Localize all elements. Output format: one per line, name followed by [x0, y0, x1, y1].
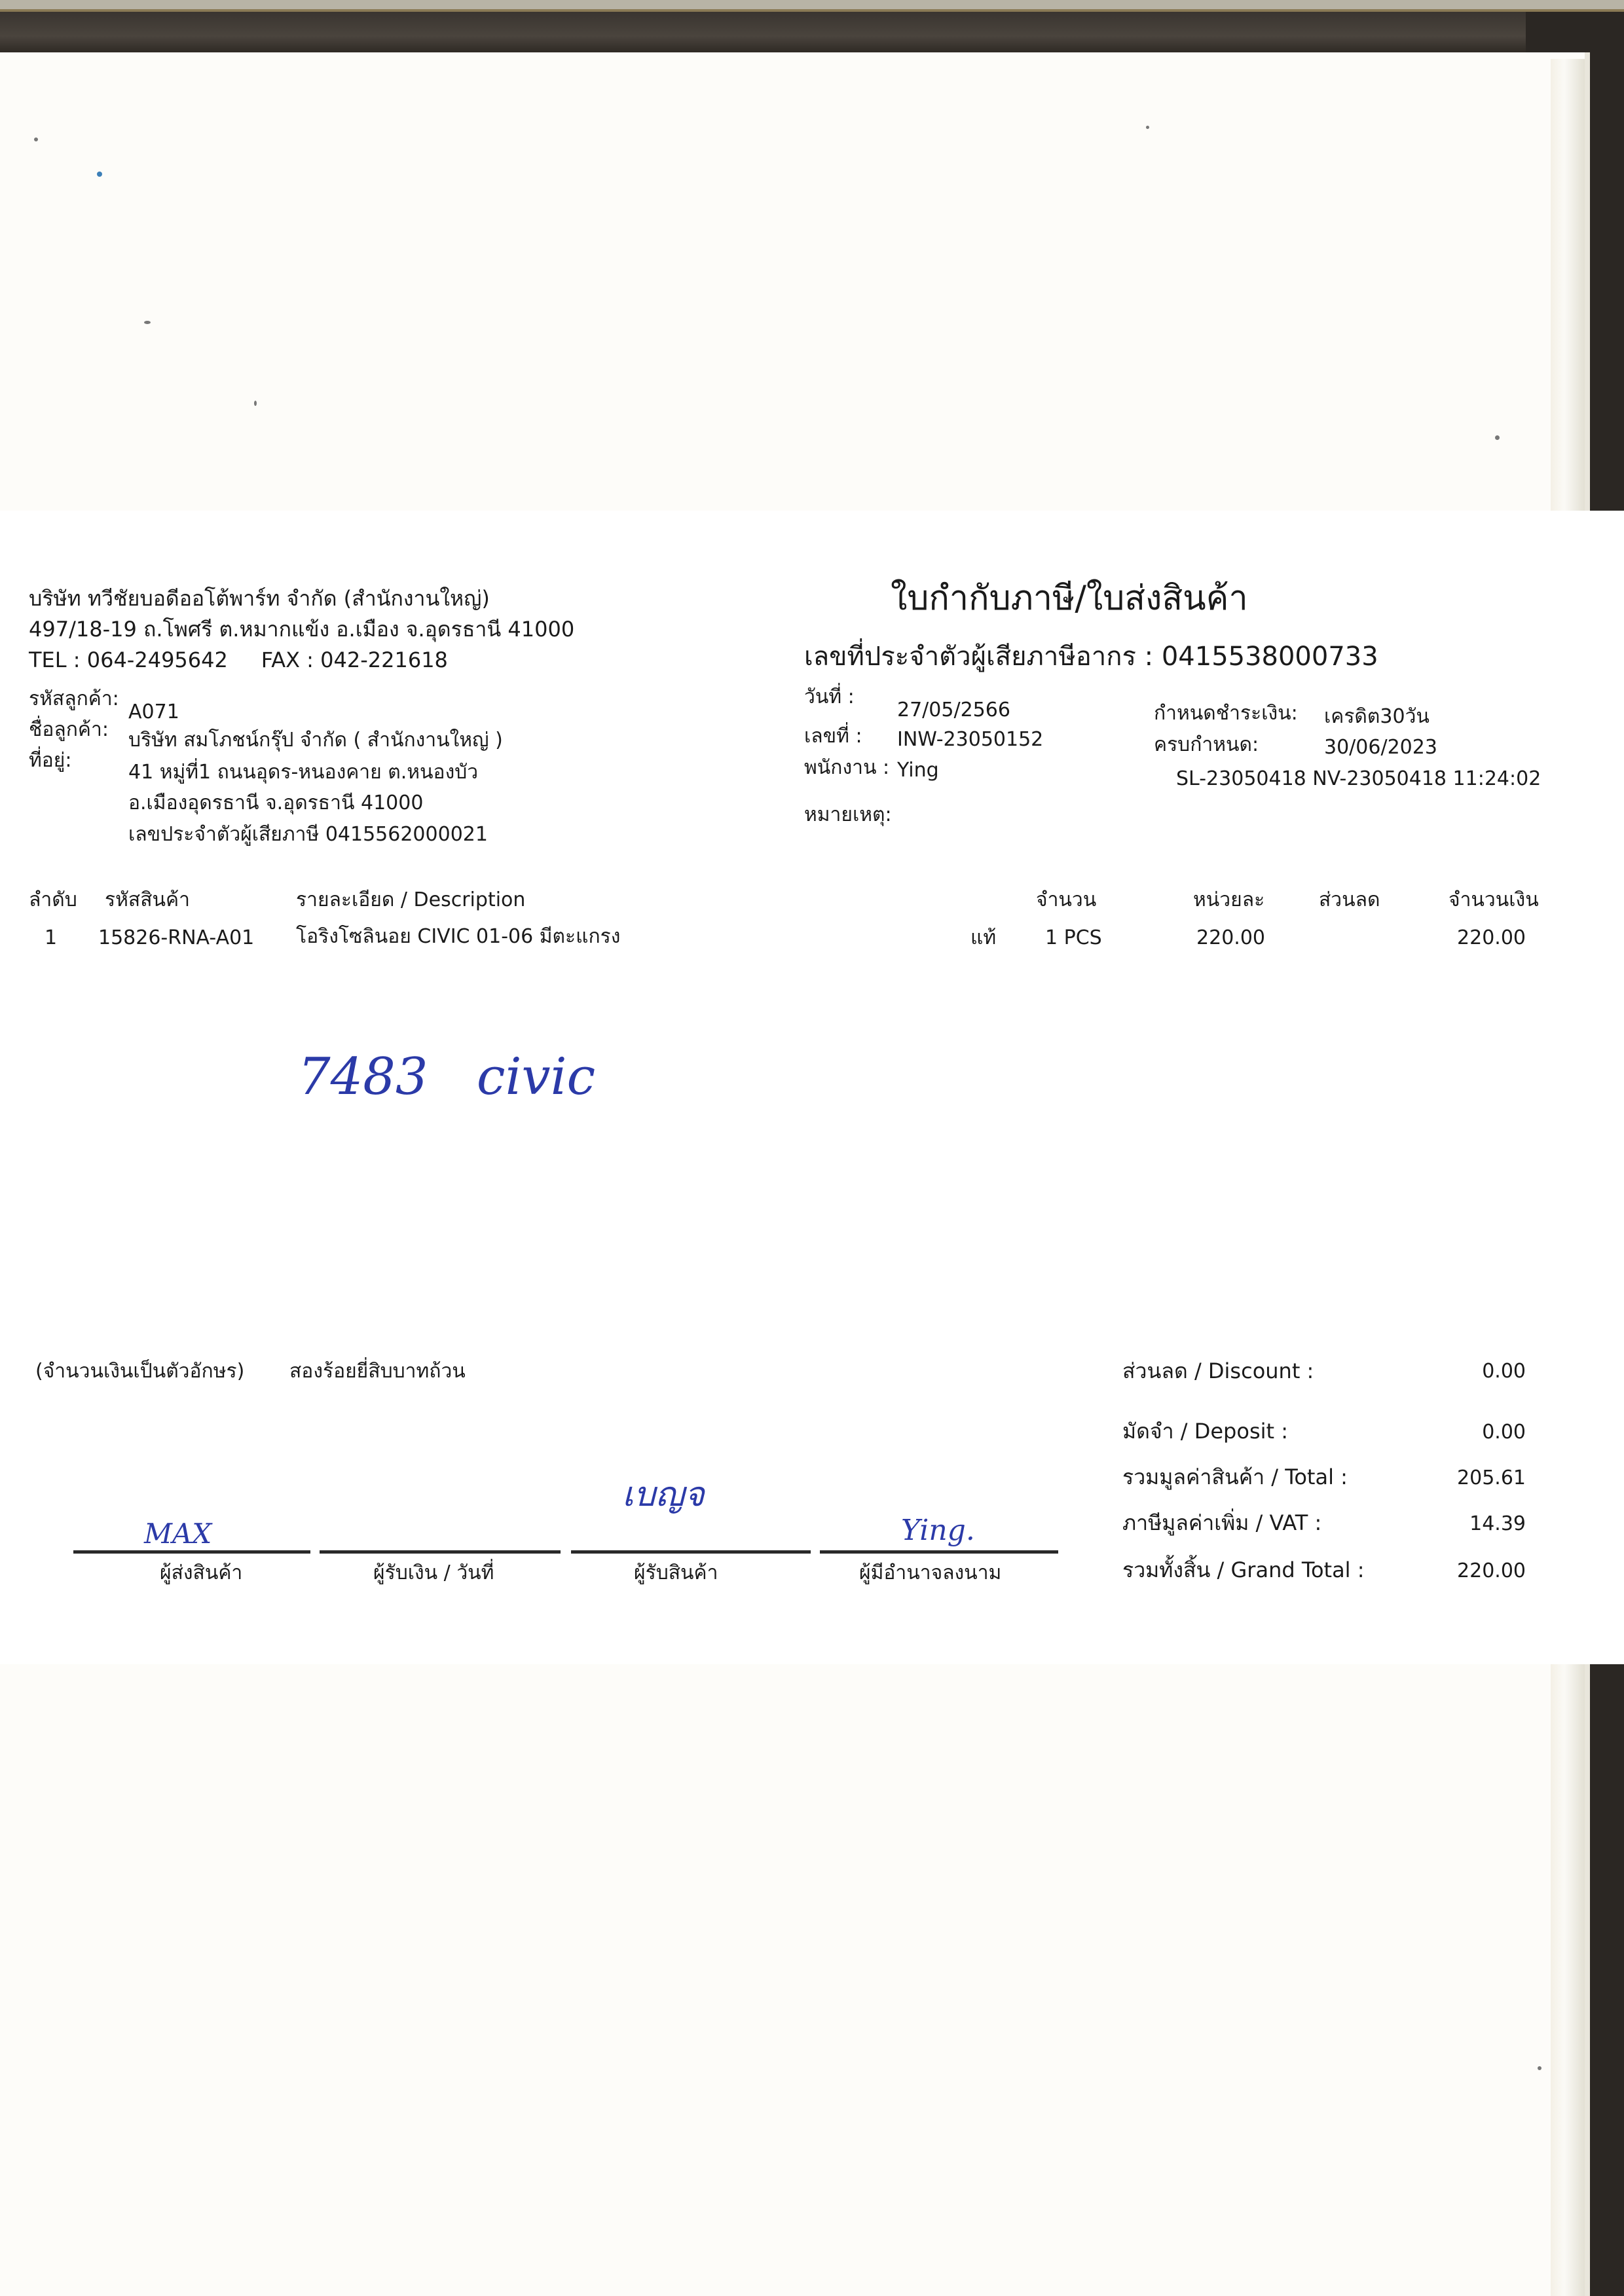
- signature-line-payee: [320, 1550, 561, 1554]
- signature-label-authorized: ผู้มีอำนาจลงนาม: [859, 1563, 1001, 1583]
- customer-code-label: รหัสลูกค้า:: [29, 689, 119, 709]
- item-description: โอริงโซลินอย CIVIC 01-06 มีตะแกรง: [296, 927, 620, 947]
- signature-receiver: เบญจ: [622, 1467, 705, 1521]
- signature-sender: MAX: [144, 1518, 212, 1550]
- col-header-no: ลำดับ: [29, 890, 77, 910]
- col-header-description: รายละเอียด / Description: [296, 890, 525, 910]
- item-no: 1: [45, 928, 57, 948]
- item-type: แท้: [970, 928, 996, 948]
- handwritten-note: 7483 civic: [298, 1048, 595, 1106]
- scan-speck: [1538, 2066, 1541, 2070]
- due-date: 30/06/2023: [1324, 738, 1437, 757]
- staff-name: Ying: [897, 761, 939, 780]
- seller-name: บริษัท ทวีชัยบอดีออโต้พาร์ท จำกัด (สำนัก…: [29, 588, 490, 609]
- total-label: รวมมูลค่าสินค้า / Total :: [1122, 1467, 1348, 1487]
- signature-line-sender: [73, 1550, 310, 1554]
- amount-in-words: สองร้อยยี่สิบบาทถ้วน: [289, 1362, 466, 1381]
- due-date-label: ครบกำหนด:: [1154, 735, 1259, 755]
- reference-numbers: SL-23050418 NV-23050418 11:24:02: [1176, 769, 1541, 789]
- scan-speck: [254, 401, 257, 406]
- invoice-paper: [0, 511, 1624, 1664]
- col-header-code: รหัสสินค้า: [105, 890, 190, 910]
- customer-address-line1: 41 หมู่ที่1 ถนนอุดร-หนองคาย ต.หนองบัว: [128, 763, 478, 782]
- deposit-value: 0.00: [1482, 1423, 1526, 1442]
- invoice-number: INW-23050152: [897, 730, 1043, 750]
- seller-address: 497/18-19 ถ.โพศรี ต.หมากแข้ง อ.เมือง จ.อ…: [29, 619, 574, 640]
- col-header-quantity: จำนวน: [1036, 890, 1096, 910]
- scan-speck: [97, 172, 102, 177]
- payment-terms-label: กำหนดชำระเงิน:: [1154, 704, 1298, 723]
- vat-label: ภาษีมูลค่าเพิ่ม / VAT :: [1122, 1512, 1321, 1533]
- scanner-lid-edge: [0, 0, 1624, 12]
- amount-in-words-label: (จำนวนเงินเป็นตัวอักษร): [35, 1362, 244, 1381]
- invoice-date: 27/05/2566: [897, 701, 1010, 720]
- payment-terms: เครดิต30วัน: [1324, 707, 1430, 727]
- staff-label: พนักงาน :: [804, 758, 889, 778]
- customer-code: A071: [128, 702, 179, 722]
- seller-contact: TEL : 064-2495642 FAX : 042-221618: [29, 649, 448, 670]
- signature-authorized: Ying.: [901, 1514, 975, 1547]
- col-header-discount: ส่วนลด: [1319, 890, 1380, 910]
- grand-total-label: รวมทั้งสิ้น / Grand Total :: [1122, 1559, 1365, 1580]
- scanner-background: [0, 12, 1624, 52]
- signature-label-payee: ผู้รับเงิน / วันที่: [373, 1563, 494, 1583]
- scan-speck: [34, 137, 38, 141]
- date-label: วันที่ :: [804, 687, 855, 707]
- col-header-unit-price: หน่วยละ: [1193, 890, 1264, 910]
- col-header-amount: จำนวนเงิน: [1449, 890, 1539, 910]
- signature-label-receiver: ผู้รับสินค้า: [634, 1563, 718, 1583]
- total-value: 205.61: [1457, 1468, 1526, 1488]
- discount-value: 0.00: [1482, 1362, 1526, 1381]
- vat-value: 14.39: [1469, 1514, 1526, 1534]
- scan-speck: [1146, 126, 1149, 129]
- deposit-label: มัดจำ / Deposit :: [1122, 1421, 1288, 1442]
- signature-line-authorized: [820, 1550, 1058, 1554]
- item-quantity: 1 PCS: [1045, 928, 1102, 948]
- signature-label-sender: ผู้ส่งสินค้า: [160, 1563, 242, 1583]
- scan-speck: [144, 321, 151, 324]
- customer-name-label: ชื่อลูกค้า:: [29, 720, 109, 740]
- item-amount: 220.00: [1457, 928, 1526, 948]
- seller-tax-id: เลขที่ประจำตัวผู้เสียภาษีอากร : 04155380…: [804, 644, 1378, 670]
- document-title: ใบกำกับภาษี/ใบส่งสินค้า: [891, 581, 1248, 615]
- customer-address-line2: อ.เมืองอุดรธานี จ.อุดรธานี 41000: [128, 793, 423, 813]
- grand-total-value: 220.00: [1457, 1561, 1526, 1581]
- discount-label: ส่วนลด / Discount :: [1122, 1360, 1314, 1381]
- customer-name: บริษัท สมโภชน์กรุ๊ป จำกัด ( สำนักงานใหญ่…: [128, 731, 503, 750]
- remark-label: หมายเหตุ:: [804, 805, 892, 825]
- item-code: 15826-RNA-A01: [98, 928, 254, 948]
- customer-address-label: ที่อยู่:: [29, 751, 71, 771]
- item-unit-price: 220.00: [1196, 928, 1265, 948]
- invoice-number-label: เลขที่ :: [804, 727, 862, 746]
- signature-line-receiver: [571, 1550, 811, 1554]
- scan-speck: [1495, 435, 1500, 440]
- customer-tax-id: เลขประจำตัวผู้เสียภาษี 0415562000021: [128, 825, 488, 845]
